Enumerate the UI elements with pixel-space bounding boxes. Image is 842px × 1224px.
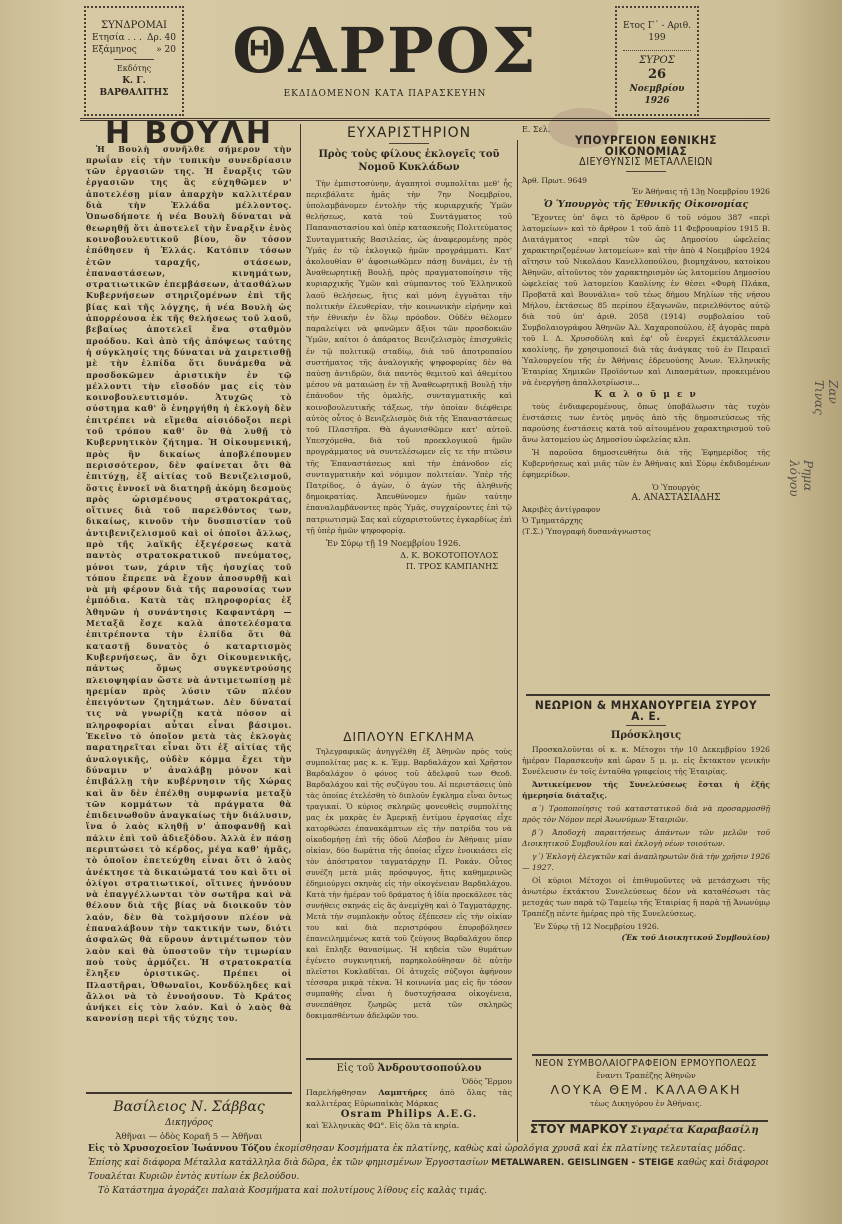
signature: Π. ΤΡΟΣ ΚΑΜΠΑΝΗΣ bbox=[306, 561, 512, 573]
column-divider bbox=[300, 124, 301, 1142]
shop-street: Ὁδὸς Ἔρμου bbox=[306, 1076, 512, 1087]
section-rule bbox=[526, 694, 770, 696]
signoff: (Ἐκ τοῦ Διοικητικοῦ Συμβουλίου) bbox=[522, 932, 770, 943]
headline-parliament: Η ΒΟΥΛΗ bbox=[86, 128, 292, 140]
minister-heading: Ὁ Ὑπουργὸς τῆς Ἐθνικῆς Οἰκονομίας bbox=[522, 199, 770, 210]
lawyer-name: Βασίλειος Ν. Σάββας bbox=[86, 1098, 292, 1116]
headline-crime: ΔΙΠΛΟΥΝ ΕΓΚΛΗΜΑ bbox=[306, 732, 512, 744]
notary-ad: ΝΕΟΝ ΣΥΜΒΟΛΑΙΟΓΡΑΦΕΙΟΝ ΕΡΜΟΥΠΟΛΕΩΣ ἔναντ… bbox=[522, 1058, 770, 1110]
subscription-heading: ΣΥΝΔΡΟΜΑΙ bbox=[92, 20, 176, 32]
handwritten-note: Ρημα λόγου bbox=[787, 460, 815, 497]
shipyard-notice: ΝΕΩΡΙΟΝ & ΜΗΧΑΝΟΥΡΓΕΙΑ ΣΥΡΟΥ Α. Ε. Πρόσκ… bbox=[522, 700, 770, 943]
brand-name: METALWAREN. GEISLINGEN - STEIGE bbox=[491, 1158, 674, 1168]
page-edge-shadow bbox=[772, 0, 842, 1224]
jeweler-name: Εἰς τὸ Χρυσοχοεῖον Ἰωάννου Τόζου bbox=[88, 1144, 271, 1154]
newspaper-subtitle: ΕΚΔΙΔΟΜΕΝΟΝ ΚΑΤΑ ΠΑΡΑΣΚΕΥΗΝ bbox=[225, 89, 545, 99]
headline-shipyard: ΝΕΩΡΙΟΝ & ΜΗΧΑΝΟΥΡΓΕΙΑ ΣΥΡΟΥ Α. Ε. bbox=[532, 700, 760, 722]
minister-name: Α. ΑΝΑΣΤΑΣΙΑΔΗΣ bbox=[522, 493, 770, 504]
shop-name: Ἀνδρουτσοπούλου bbox=[377, 1063, 481, 1074]
cigarette-product: Σιγαρέτα Καραβασίλη bbox=[630, 1125, 758, 1136]
dateline: Ἐν Σύρῳ τῇ 19 Νοεμβρίου 1926. bbox=[306, 538, 512, 550]
article-body: Τηλεγραφικῶς ἀνηγγέλθη ἐξ Ἀθηνῶν πρὸς το… bbox=[306, 746, 512, 1021]
article-body: Ἡ Βουλὴ συνῆλθε σήμερον τὴν πρωΐαν εἰς τ… bbox=[86, 144, 292, 1025]
article-body: Τὴν ἐμπιστοσύνην, ἀγαπητοὶ συμπολῖται με… bbox=[306, 178, 512, 537]
handwritten-note: Ζαν Τινας bbox=[812, 380, 840, 415]
divider bbox=[626, 171, 666, 172]
column-divider bbox=[517, 140, 518, 1142]
subheadline-thanks: Πρὸς τοὺς φίλους ἐκλογεῖς τοῦ Νομοῦ Κυκλ… bbox=[306, 148, 512, 174]
agenda-item: γ΄) Ἐκλογὴ ἐλεγκτῶν καὶ ἀναπληρωτῶν διὰ … bbox=[522, 851, 770, 873]
signature: Δ. Κ. ΒΟΚΟΤΟΠΟΥΛΟΣ bbox=[306, 550, 512, 562]
jeweler-ad: Εἰς τὸ Χρυσοχοεῖον Ἰωάννου Τόζου ἐκομίσθ… bbox=[88, 1142, 778, 1198]
dateline: Ἐν Σύρῳ τῇ 12 Νοεμβρίου 1926. bbox=[522, 921, 770, 932]
headline-thanks: ΕΥΧΑΡΙΣΤΗΡΙΟΝ bbox=[306, 128, 512, 140]
article-parliament: Η ΒΟΥΛΗ Ἡ Βουλὴ συνῆλθε σήμερον τὴν πρωΐ… bbox=[86, 122, 292, 1027]
decree-heading: Κ α λ ο ῦ μ ε ν bbox=[522, 390, 770, 401]
divider bbox=[626, 725, 666, 726]
subheadline-invitation: Πρόσκλησις bbox=[522, 729, 770, 742]
article-double-crime: ΔΙΠΛΟΥΝ ΕΓΚΛΗΜΑ Τηλεγραφικῶς ἀνηγγέλθη ἐ… bbox=[306, 728, 512, 1023]
notary-name: ΛΟΥΚΑ ΘΕΜ. ΚΑΛΑΘΑΚΗ bbox=[522, 1082, 770, 1098]
cigarette-ad: ΣΤΟΥ ΜΑΡΚΟΥ Σιγαρέτα Καραβασίλη bbox=[530, 1124, 770, 1137]
lawyer-ad: Βασίλειος Ν. Σάββας Δικηγόρος Ἀθῆναι — ὁ… bbox=[86, 1098, 292, 1144]
notice-body: Ἔχοντες ὑπ' ὄψει τὸ ἄρθρον 6 τοῦ νόμου 3… bbox=[522, 212, 770, 388]
subheadline-ministry: ΔΙΕΥΘΥΝΣΙΣ ΜΕΤΑΛΛΕΙΩΝ bbox=[532, 157, 760, 168]
section-rule bbox=[86, 1092, 292, 1094]
lamp-shop-ad: Εἰς τοῦ Ἀνδρουτσοπούλου Ὁδὸς Ἔρμου Παρελ… bbox=[306, 1062, 512, 1131]
agenda-item: β΄) Ἀποδοχὴ παραιτήσεως ἁπάντων τῶν μελῶ… bbox=[522, 827, 770, 849]
issue-day: 26 bbox=[623, 67, 691, 83]
section-rule bbox=[532, 1054, 768, 1056]
headline-ministry: ΥΠΟΥΡΓΕΙΟΝ ΕΘΝΙΚΗΣ ΟΙΚΟΝΟΜΙΑΣ bbox=[532, 135, 760, 157]
protocol-number: Ἀρθ. Πρωτ. 9649 bbox=[522, 175, 770, 186]
rate-row: Εξάμηνος » 20 bbox=[92, 44, 176, 56]
lamp-brands: Osram Philips A.E.G. bbox=[306, 1109, 512, 1120]
publication-note: Ἡ παροῦσα δημοσιευθήτω διὰ τῆς Ἐφημερίδο… bbox=[522, 447, 770, 480]
lawyer-title: Δικηγόρος bbox=[86, 1116, 292, 1130]
divider bbox=[389, 143, 429, 144]
newspaper-title: ΘΑΡΡΟΣ bbox=[225, 14, 545, 87]
decree-body: τοὺς ἐνδιαφερομένους, ὅπως ὑποβάλωσιν τὰ… bbox=[522, 401, 770, 445]
issue-city: ΣΥΡΟΣ bbox=[623, 55, 691, 67]
subscription-box: ΣΥΝΔΡΟΜΑΙ Ετησία . . . Δρ. 40 Εξάμηνος »… bbox=[84, 6, 184, 116]
section-rule bbox=[306, 1058, 512, 1060]
cigarette-shop: ΣΤΟΥ ΜΑΡΚΟΥ bbox=[530, 1122, 628, 1136]
issue-box: Ετος Γ΄ - Αριθ. 199 ΣΥΡΟΣ 26 Νοεμβρίου 1… bbox=[615, 6, 699, 116]
publisher-label: Εκδότης bbox=[92, 63, 176, 75]
agenda-item: α΄) Τροποποίησις τοῦ καταστατικοῦ διὰ νὰ… bbox=[522, 803, 770, 825]
divider bbox=[114, 59, 154, 60]
article-thanks: ΕΥΧΑΡΙΣΤΗΡΙΟΝ Πρὸς τοὺς φίλους ἐκλογεῖς … bbox=[306, 124, 512, 573]
newspaper-page: ΣΥΝΔΡΟΜΑΙ Ετησία . . . Δρ. 40 Εξάμηνος »… bbox=[0, 0, 842, 1224]
publisher-name: Κ. Γ. ΒΑΡΘΑΛΙΤΗΣ bbox=[92, 75, 176, 99]
issue-number: Ετος Γ΄ - Αριθ. 199 bbox=[623, 20, 691, 44]
ministry-notice: Ε. Σελ. ΥΠΟΥΡΓΕΙΟΝ ΕΘΝΙΚΗΣ ΟΙΚΟΝΟΜΙΑΣ ΔΙ… bbox=[522, 124, 770, 537]
issue-date: Νοεμβρίου 1926 bbox=[623, 83, 691, 107]
rate-row: Ετησία . . . Δρ. 40 bbox=[92, 32, 176, 44]
dateline: Ἐν Ἀθήναις τῇ 13ῃ Νοεμβρίου 1926 bbox=[522, 186, 770, 197]
